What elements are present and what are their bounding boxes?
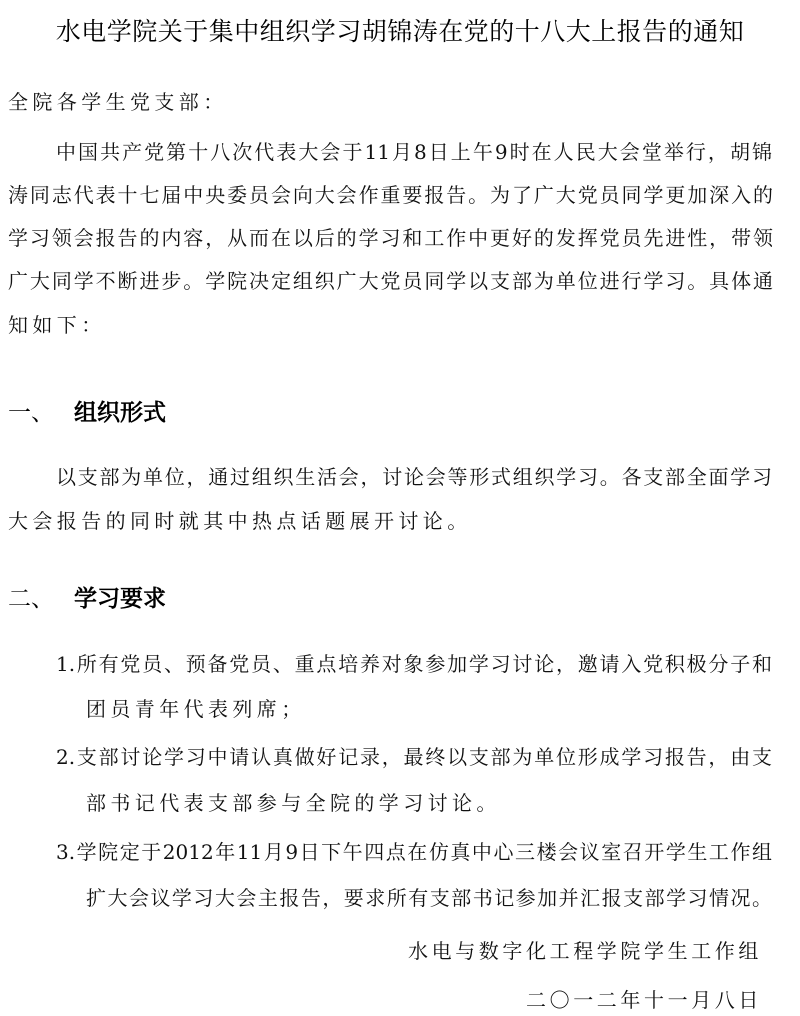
document-title: 水电学院关于集中组织学习胡锦涛在党的十八大上报告的通知	[0, 12, 800, 48]
section-2-heading: 二、学习要求	[8, 580, 166, 613]
requirement-3-line-1: 3.学院定于2012年11月9日下午四点在仿真中心三楼会议室召开学生工作组	[56, 839, 772, 865]
section-1-line-1: 以支部为单位，通过组织生活会，讨论会等形式组织学习。各支部全面学习	[56, 464, 772, 490]
signature: 水电与数字化工程学院学生工作组	[408, 935, 762, 964]
section-2-number: 二、	[8, 580, 74, 613]
requirement-2-line-2: 部书记代表支部参与全院的学习讨论。	[86, 790, 800, 816]
intro-line-5: 知如下：	[8, 312, 773, 338]
intro-line-3: 学习领会报告的内容，从而在以后的学习和工作中更好的发挥党员先进性，带领	[8, 225, 773, 251]
intro-line-1: 中国共产党第十八次代表大会于11月8日上午9时在人民大会堂举行，胡锦	[56, 139, 772, 165]
requirement-2-line-1: 2.支部讨论学习中请认真做好记录，最终以支部为单位形成学习报告，由支	[56, 744, 772, 770]
section-1-line-2: 大会报告的同时就其中热点话题展开讨论。	[8, 508, 773, 534]
salutation: 全院各学生党支部：	[8, 89, 773, 115]
requirement-3-line-2: 扩大会议学习大会主报告，要求所有支部书记参加并汇报支部学习情况。	[86, 885, 772, 911]
requirement-1-line-2: 团员青年代表列席；	[86, 696, 800, 722]
section-1-heading: 一、组织形式	[8, 394, 166, 427]
section-1-number: 一、	[8, 394, 74, 427]
section-2-title: 学习要求	[74, 586, 166, 612]
date: 二〇一二年十一月八日	[526, 984, 762, 1013]
intro-line-2: 涛同志代表十七届中央委员会向大会作重要报告。为了广大党员同学更加深入的	[8, 182, 773, 208]
requirement-1-line-1: 1.所有党员、预备党员、重点培养对象参加学习讨论，邀请入党积极分子和	[56, 651, 772, 677]
intro-line-4: 广大同学不断进步。学院决定组织广大党员同学以支部为单位进行学习。具体通	[8, 268, 773, 294]
section-1-title: 组织形式	[74, 400, 166, 426]
